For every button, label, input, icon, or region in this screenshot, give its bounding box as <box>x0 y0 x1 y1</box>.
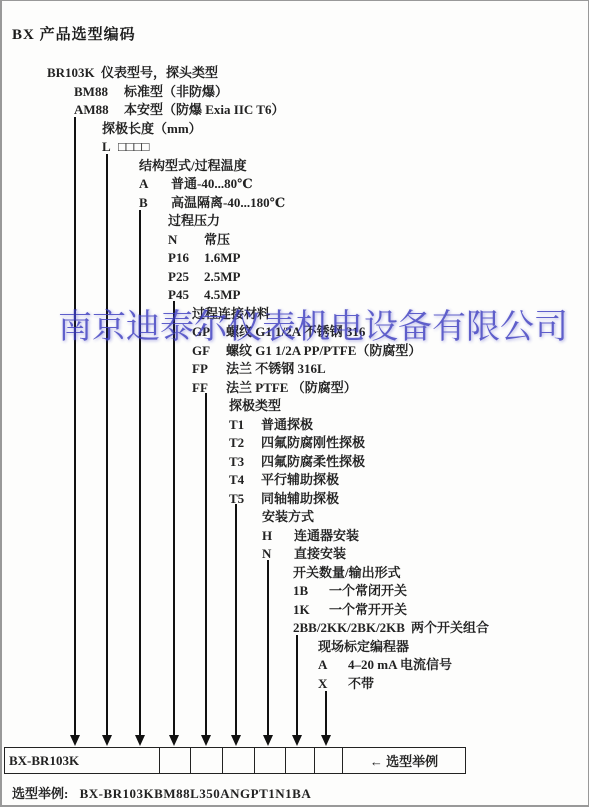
arrow-down-icon <box>70 735 80 746</box>
selection-line <box>139 210 141 736</box>
code-description: 法兰 不锈钢 316L <box>226 361 326 376</box>
table-cell-example-pointer: ← 选型举例 <box>342 748 465 773</box>
code-row: 1K一个常开开关 <box>293 602 407 617</box>
code-value: B <box>139 195 165 210</box>
table-cell-code-slot <box>159 748 190 773</box>
arrow-down-icon <box>135 735 145 746</box>
selection-line <box>205 393 207 736</box>
table-cell-code-slot <box>314 748 342 773</box>
code-value: FP <box>192 361 220 376</box>
arrow-down-icon <box>263 735 273 746</box>
group-header-label: 现场标定编程器 <box>318 639 409 654</box>
selection-line <box>106 154 108 736</box>
code-value: 2BB/2KK/2BK/2KB <box>293 620 405 635</box>
arrow-down-icon <box>321 735 331 746</box>
code-row: FF法兰 PTFE （防腐型） <box>192 380 357 395</box>
code-row: H连通器安装 <box>262 528 359 543</box>
code-description: 常压 <box>204 232 230 247</box>
group-header: 结构型式/过程温度 <box>139 158 247 173</box>
table-cell-code-slot <box>254 748 285 773</box>
code-description: 不带 <box>348 676 374 691</box>
code-description: 本安型（防爆 Exia IIC T6） <box>124 102 284 117</box>
arrow-down-icon <box>169 735 179 746</box>
group-header: 安装方式 <box>262 509 314 524</box>
code-row: BM88标准型（非防爆） <box>74 84 228 99</box>
code-description: 连通器安装 <box>294 528 359 543</box>
group-header-label: 探极长度（mm） <box>102 121 202 136</box>
group-header-label: 安装方式 <box>262 509 314 524</box>
code-example-table: BX-BR103K← 选型举例 <box>4 747 466 774</box>
code-value: L <box>102 139 112 154</box>
selection-line <box>267 560 269 736</box>
page-title: BX 产品选型编码 <box>12 23 136 44</box>
code-value: A <box>318 657 342 672</box>
code-description: 平行辅助探极 <box>261 472 339 487</box>
code-row: N常压 <box>168 232 230 247</box>
code-row: T4平行辅助探极 <box>229 472 339 487</box>
code-description: 普通-40...80℃ <box>171 176 253 191</box>
code-description: 四氟防腐柔性探极 <box>261 454 365 469</box>
code-description: 标准型（非防爆） <box>124 84 228 99</box>
code-value: AM88 <box>74 102 118 117</box>
group-header: 过程压力 <box>168 213 220 228</box>
example-label: 选型举例: <box>12 786 68 801</box>
code-row: T2四氟防腐刚性探极 <box>229 435 365 450</box>
selection-line <box>296 635 298 736</box>
code-value: P16 <box>168 250 198 265</box>
watermark: 南京迪泰尔仪表机电设备有限公司 <box>58 299 568 348</box>
code-value: T3 <box>229 454 255 469</box>
code-description: 4–20 mA 电流信号 <box>348 657 452 672</box>
code-value: H <box>262 528 288 543</box>
code-description: 一个常开开关 <box>329 602 407 617</box>
code-description: 一个常闭开关 <box>329 583 407 598</box>
selection-line <box>235 504 237 736</box>
code-description: 四氟防腐刚性探极 <box>261 435 365 450</box>
code-row: AM88本安型（防爆 Exia IIC T6） <box>74 102 284 117</box>
group-header: 开关数量/输出形式 <box>293 565 401 580</box>
code-description: 高温隔离-40...180℃ <box>171 195 285 210</box>
code-description: 1.6MP <box>204 250 240 265</box>
arrow-down-icon <box>201 735 211 746</box>
table-cell-code-slot <box>222 748 254 773</box>
code-row: FP法兰 不锈钢 316L <box>192 361 326 376</box>
code-value: T4 <box>229 472 255 487</box>
code-description: 法兰 PTFE （防腐型） <box>226 380 357 395</box>
code-description: 直接安装 <box>294 546 346 561</box>
code-row: B高温隔离-40...180℃ <box>139 195 285 210</box>
group-header-label: 开关数量/输出形式 <box>293 565 401 580</box>
code-value: N <box>262 546 288 561</box>
table-cell-model-prefix: BX-BR103K <box>5 748 159 773</box>
code-row: P161.6MP <box>168 250 240 265</box>
group-header-label: 过程压力 <box>168 213 220 228</box>
example-value: BX-BR103KBM88L350ANGPT1N1BA <box>80 786 312 801</box>
code-row: 1B一个常闭开关 <box>293 583 407 598</box>
code-value: P25 <box>168 269 198 284</box>
code-row: X不带 <box>318 676 374 691</box>
group-header: 探极类型 <box>229 398 281 413</box>
example-row: 选型举例: BX-BR103KBM88L350ANGPT1N1BA <box>12 783 311 802</box>
arrow-down-icon <box>102 735 112 746</box>
group-header-label: 探极类型 <box>229 398 281 413</box>
code-row: 2BB/2KK/2BK/2KB两个开关组合 <box>293 620 489 635</box>
code-row: BR103K仪表型号，探头类型 <box>47 65 218 80</box>
code-description: 同轴辅助探极 <box>261 491 339 506</box>
group-header: 现场标定编程器 <box>318 639 409 654</box>
code-value: 1K <box>293 602 323 617</box>
code-value: T5 <box>229 491 255 506</box>
group-header: 探极长度（mm） <box>102 121 202 136</box>
code-row: A4–20 mA 电流信号 <box>318 657 452 672</box>
code-description: 仪表型号，探头类型 <box>101 65 218 80</box>
code-value: A <box>139 176 165 191</box>
code-row: T5同轴辅助探极 <box>229 491 339 506</box>
code-description: 普通探极 <box>261 417 313 432</box>
arrow-down-icon <box>292 735 302 746</box>
code-description: 两个开关组合 <box>411 620 489 635</box>
arrow-down-icon <box>231 735 241 746</box>
code-row: T3四氟防腐柔性探极 <box>229 454 365 469</box>
code-row: T1普通探极 <box>229 417 313 432</box>
code-value: T2 <box>229 435 255 450</box>
document-page: BX 产品选型编码 BR103K仪表型号，探头类型BM88标准型（非防爆）AM8… <box>0 0 589 807</box>
code-row: L□□□□ <box>102 139 149 154</box>
code-value: N <box>168 232 198 247</box>
table-cell-code-slot <box>285 748 314 773</box>
code-description: □□□□ <box>118 139 149 154</box>
code-row: P252.5MP <box>168 269 240 284</box>
selection-line <box>74 117 76 736</box>
selection-line <box>325 691 327 736</box>
group-header-label: 结构型式/过程温度 <box>139 158 247 173</box>
code-value: BM88 <box>74 84 118 99</box>
code-description: 2.5MP <box>204 269 240 284</box>
selection-line <box>173 301 175 736</box>
code-value: T1 <box>229 417 255 432</box>
code-value: X <box>318 676 342 691</box>
table-cell-code-slot <box>190 748 222 773</box>
code-row: A普通-40...80℃ <box>139 176 253 191</box>
code-value: 1B <box>293 583 323 598</box>
code-row: N直接安装 <box>262 546 346 561</box>
code-value: BR103K <box>47 65 95 80</box>
